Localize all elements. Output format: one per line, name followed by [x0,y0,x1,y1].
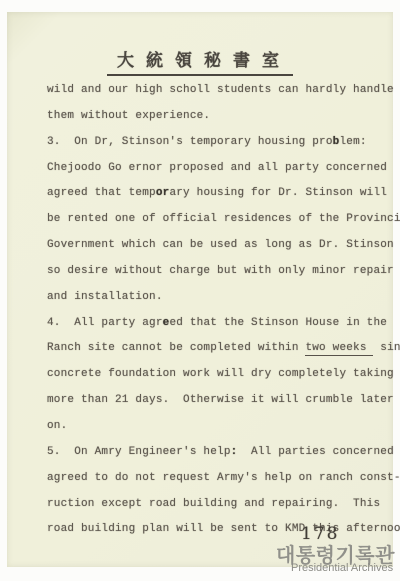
text-segment: Government which can be used as long as … [47,239,394,251]
text-line: and installation. [47,285,400,311]
text-segment: road building plan will be sent to KMD t… [47,523,400,535]
text-line: more than 21 days. Otherwise it will cru… [47,388,400,414]
text-segment: 4. All party agr [47,317,163,329]
text-line: be rented one of official residences of … [47,207,400,233]
text-segment: so desire without charge but with only m… [47,265,400,277]
text-line: on. [47,414,400,440]
overstruck-text-segment: or [156,187,170,199]
text-segment: ary housing for Dr. Stinson will [169,187,387,199]
watermark-english: Presidential Archives [291,562,393,574]
text-segment: agreed that temp [47,187,156,199]
text-segment: agreed to do not request Army's help on … [47,472,400,484]
document-text: wild and our high scholl students can ha… [47,78,400,543]
text-segment: more than 21 days. Otherwise it will cru… [47,394,394,406]
text-segment: lem: [339,136,366,148]
text-line: ruction except road building and repairi… [47,492,400,518]
underlined-text-segment: two weeks [305,342,373,356]
text-segment: Chejoodo Go ernor proposed and all party… [47,162,387,174]
scanned-paper: 大統領秘書室 wild and our high scholl students… [7,12,393,567]
text-line: agreed that temporary housing for Dr. St… [47,181,400,207]
text-line: them without experience. [47,104,400,130]
text-segment: concrete foundation work will dry comple… [47,368,394,380]
text-segment: ed that the Stinson House in the [169,317,387,329]
text-segment: sinc [373,342,400,354]
text-line: agreed to do not request Army's help on … [47,466,400,492]
text-segment: All parties concerned m [237,446,400,458]
text-line: so desire without charge but with only m… [47,259,400,285]
text-line: wild and our high scholl students can ha… [47,78,400,104]
text-segment: and installation. [47,291,163,303]
text-segment: Ranch site cannot be completed within [47,342,305,354]
text-segment: them without experience. [47,110,210,122]
header-title-text: 大統領秘書室 [107,46,293,76]
text-line: 3. On Dr, Stinson's temporary housing pr… [47,130,400,156]
text-segment: 3. On Dr, Stinson's temporary housing pr… [47,136,333,148]
text-line: Ranch site cannot be completed within tw… [47,336,400,362]
text-line: Government which can be used as long as … [47,233,400,259]
text-line: Chejoodo Go ernor proposed and all party… [47,156,400,182]
page-title: 大統領秘書室 [7,46,393,76]
text-segment: ruction except road building and repairi… [47,498,380,510]
text-segment: on. [47,420,67,432]
text-line: 5. On Amry Engineer's help: All parties … [47,440,400,466]
text-segment: be rented one of official residences of … [47,213,400,225]
text-line: concrete foundation work will dry comple… [47,362,400,388]
text-segment: wild and our high scholl students can ha… [47,84,394,96]
screenshot-root: { "page": { "header_title": "大統領秘書室", "p… [0,0,400,581]
text-segment: 5. On Amry Engineer's help [47,446,231,458]
text-line: 4. All party agreed that the Stinson Hou… [47,311,400,337]
